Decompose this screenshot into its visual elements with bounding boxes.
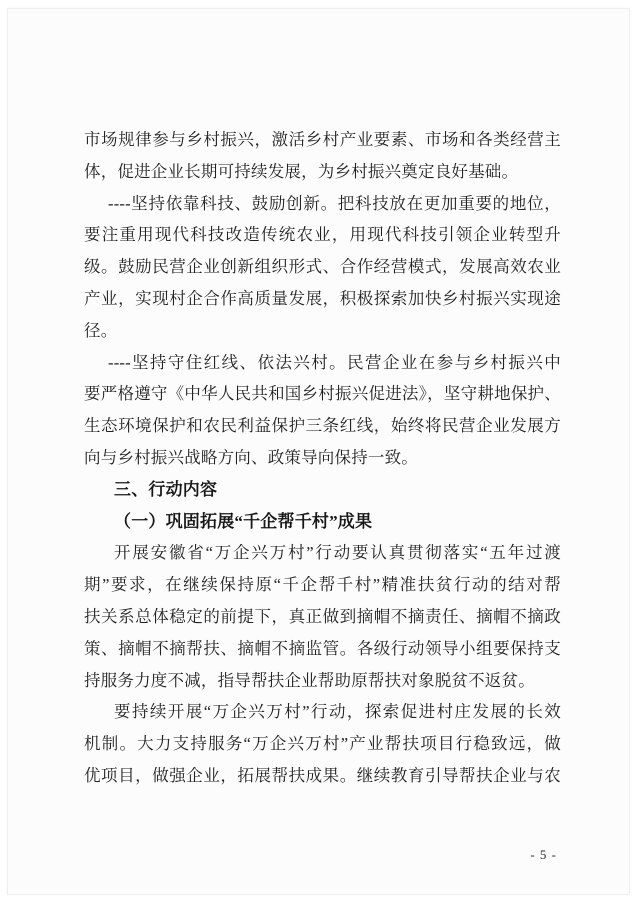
text-line: 持服务力度不减，指导帮扶企业帮助原帮扶对象脱贫不返贫。 [84,665,561,697]
section-heading: 三、行动内容 [84,474,561,506]
text-line: 扶关系总体稳定的前提下，真正做到摘帽不摘责任、摘帽不摘政 [84,601,561,633]
screenshot-root: { "document": { "lines": [ "市场规律参与乡村振兴，激… [0,0,640,908]
text-line: 要注重用现代科技改造传统农业，用现代科技引领企业转型升 [84,219,561,251]
text-line: 体，促进企业长期可持续发展，为乡村振兴奠定良好基础。 [84,156,561,188]
document-page: 市场规律参与乡村振兴，激活乡村产业要素、市场和各类经营主 体，促进企业长期可持续… [7,8,630,895]
text-line: 生态环境保护和农民利益保护三条红线，始终将民营企业发展方 [84,410,561,442]
text-line: 级。鼓励民营企业创新组织形式、合作经营模式，发展高效农业 [84,251,561,283]
text-line: ----坚持守住红线、依法兴村。民营企业在参与乡村振兴中 [84,347,561,379]
text-line: 开展安徽省“万企兴万村”行动要认真贯彻落实“五年过渡 [84,537,561,569]
subsection-heading: （一）巩固拓展“千企帮千村”成果 [84,506,561,538]
text-line: 策、摘帽不摘帮扶、摘帽不摘监管。各级行动领导小组要保持支 [84,633,561,665]
page-number: - 5 - [530,847,557,863]
text-line: 优项目，做强企业，拓展帮扶成果。继续教育引导帮扶企业与农 [84,760,561,792]
text-line: 要严格遵守《中华人民共和国乡村振兴促进法》，坚守耕地保护、 [84,378,561,410]
document-text-block: 市场规律参与乡村振兴，激活乡村产业要素、市场和各类经营主 体，促进企业长期可持续… [84,124,561,792]
text-line: 向与乡村振兴战略方向、政策导向保持一致。 [84,442,561,474]
text-line: ----坚持依靠科技、鼓励创新。把科技放在更加重要的地位， [84,188,561,220]
text-line: 市场规律参与乡村振兴，激活乡村产业要素、市场和各类经营主 [84,124,561,156]
text-line: 期”要求，在继续保持原“千企帮千村”精准扶贫行动的结对帮 [84,569,561,601]
text-line: 径。 [84,315,561,347]
text-line: 产业，实现村企合作高质量发展，积极探索加快乡村振兴实现途 [84,283,561,315]
text-line: 要持续开展“万企兴万村”行动，探索促进村庄发展的长效 [84,696,561,728]
text-line: 机制。大力支持服务“万企兴万村”产业帮扶项目行稳致远，做 [84,728,561,760]
